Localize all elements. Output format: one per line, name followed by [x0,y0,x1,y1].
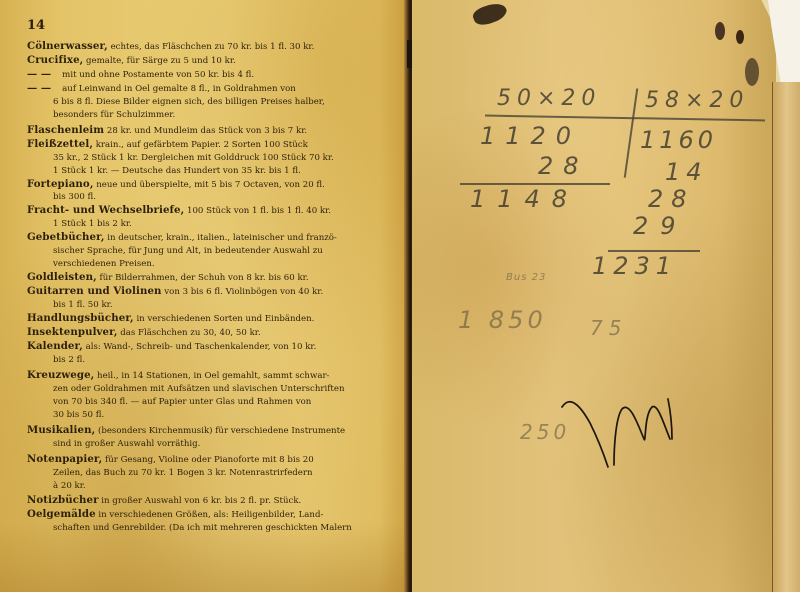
entry-keyword: Flaschenleim [27,124,104,136]
entry-keyword: Notizbücher [27,494,99,506]
entry-text: sind in großer Auswahl vorräthig. [53,439,200,449]
entry-keyword: Musikalien, [27,424,95,436]
handwritten-header-left: 50×20 [497,86,601,111]
entry-text: auf Leinwand in Oel gemalte 8 fl., in Go… [62,84,296,94]
entry-text: zen oder Goldrahmen mit Aufsätzen und sl… [53,384,345,394]
entry-text: mit und ohne Postamente von 50 kr. bis 4… [62,70,254,80]
entry-text: in großer Auswahl von 6 kr. bis 2 fl. pr… [101,496,301,506]
catalog-entry: Notizbücher in großer Auswahl von 6 kr. … [27,494,371,508]
catalog-entry: Musikalien, (besonders Kirchenmusik) für… [27,424,371,451]
handwritten-value: 29 [633,212,688,240]
entry-line: bis 2 fl. [27,354,371,367]
entry-line: sind in großer Auswahl vorräthig. [27,438,371,451]
entry-text: 100 Stück von 1 fl. bis 1 fl. 40 kr. [187,206,331,216]
entry-keyword: Notenpapier, [27,453,102,465]
entry-line: Handlungsbücher, in verschiedenen Sorten… [27,312,371,326]
entry-text: 1 Stück 1 bis 2 kr. [53,219,132,229]
catalog-entry: Fleißzettel, krain., auf gefärbtem Papie… [27,138,371,178]
entry-text: (besonders Kirchenmusik) für verschieden… [98,426,345,436]
handwritten-value: 75 [590,316,627,340]
handwritten-value: 1120 [480,122,581,150]
catalog-entry: Guitarren und Violinen von 3 bis 6 fl. V… [27,285,371,312]
entry-line: sischer Sprache, für Jung und Alt, in be… [27,245,371,258]
entry-text: bis 1 fl. 50 kr. [53,300,113,310]
entry-text: in deutscher, krain., italien., lateinis… [107,233,337,243]
handwritten-sum: 1148 [470,185,579,213]
entry-line: besonders für Schulzimmer. [27,109,371,122]
entry-line: bis 300 fl. [27,191,371,204]
entry-line: à 20 kr. [27,480,371,493]
entry-keyword: — — [27,68,51,80]
entry-text: bis 300 fl. [53,192,96,202]
book-scan: 14 Cölnerwasser, echtes, das Fläschchen … [0,0,800,592]
entry-text: verschiedenen Preisen. [53,259,155,269]
entry-keyword: Oelgemälde [27,508,96,520]
catalog-entry: — — auf Leinwand in Oel gemalte 8 fl., i… [27,82,371,122]
entry-keyword: Kreuzwege, [27,369,94,381]
handwritten-value: 1160 [640,126,717,154]
entry-line: Guitarren und Violinen von 3 bis 6 fl. V… [27,285,371,299]
entry-text: neue und überspielte, mit 5 bis 7 Octave… [96,180,325,190]
catalog-entry: Kalender, als: Wand-, Schreib- und Tasch… [27,340,371,367]
catalog-entry: Notenpapier, für Gesang, Violine oder Pi… [27,453,371,493]
entry-line: Flaschenleim 28 kr. und Mundleim das Stü… [27,124,371,138]
entry-keyword: Cölnerwasser, [27,40,108,52]
entry-keyword: Insektenpulver, [27,326,118,338]
entry-text: 30 bis 50 fl. [53,410,104,420]
entry-text: 1 Stück 1 kr. — Deutsche das Hundert von… [53,166,301,176]
entry-text: bis 2 fl. [53,355,85,365]
entry-line: Notizbücher in großer Auswahl von 6 kr. … [27,494,371,508]
entry-text: 6 bis 8 fl. Diese Bilder eignen sich, de… [53,97,325,107]
entry-line: Goldleisten, für Bilderrahmen, der Schuh… [27,271,371,285]
entry-line: Fleißzettel, krain., auf gefärbtem Papie… [27,138,371,152]
catalog-entry: Goldleisten, für Bilderrahmen, der Schuh… [27,271,371,285]
catalog-entry: — — mit und ohne Postamente von 50 kr. b… [27,68,371,82]
entry-line: schaften und Genrebilder. (Da ich mit me… [27,522,371,535]
entry-text: für Gesang, Violine oder Pianoforte mit … [105,455,314,465]
entry-line: verschiedenen Preisen. [27,258,371,271]
entry-line: 35 kr., 2 Stück 1 kr. Dergleichen mit Go… [27,152,371,165]
entry-line: Gebetbücher, in deutscher, krain., itali… [27,231,371,245]
entry-text: besonders für Schulzimmer. [53,110,175,120]
entry-line: Kalender, als: Wand-, Schreib- und Tasch… [27,340,371,354]
entry-keyword: Goldleisten, [27,271,97,283]
catalog-entry: Oelgemälde in verschiedenen Größen, als:… [27,508,371,535]
entry-line: 30 bis 50 fl. [27,409,371,422]
entry-line: Crucifixe, gemalte, für Särge zu 5 und 1… [27,54,371,68]
ink-stain [745,58,759,86]
entry-line: — — mit und ohne Postamente von 50 kr. b… [27,68,371,82]
entry-line: 6 bis 8 fl. Diese Bilder eignen sich, de… [27,96,371,109]
entry-text: Zeilen, das Buch zu 70 kr. 1 Bogen 3 kr.… [53,468,313,478]
entry-line: 1 Stück 1 kr. — Deutsche das Hundert von… [27,165,371,178]
entry-line: 1 Stück 1 bis 2 kr. [27,218,371,231]
entry-text: krain., auf gefärbtem Papier. 2 Sorten 1… [96,140,308,150]
entry-text: für Bilderrahmen, der Schuh von 8 kr. bi… [100,273,309,283]
faint-pencil-note: Bus 23 [506,272,546,283]
ink-stain [715,22,725,40]
entry-line: von 70 bis 340 fl. — auf Papier unter Gl… [27,396,371,409]
entry-text: 28 kr. und Mundleim das Stück von 3 bis … [107,126,307,136]
entry-line: Oelgemälde in verschiedenen Größen, als:… [27,508,371,522]
entry-line: Fracht- und Wechselbriefe, 100 Stück von… [27,204,371,218]
entry-text: sischer Sprache, für Jung und Alt, in be… [53,246,323,256]
entry-text: 35 kr., 2 Stück 1 kr. Dergleichen mit Go… [53,153,334,163]
handwritten-value: 14 [665,158,708,186]
entry-keyword: Fracht- und Wechselbriefe, [27,204,184,216]
entry-keyword: Fleißzettel, [27,138,93,150]
catalog-entry: Crucifixe, gemalte, für Särge zu 5 und 1… [27,54,371,68]
entry-text: echtes, das Fläschchen zu 70 kr. bis 1 f… [111,42,315,52]
entry-text: à 20 kr. [53,481,86,491]
page-number: 14 [27,18,45,33]
entry-text: gemalte, für Särge zu 5 und 10 kr. [86,56,236,66]
handwritten-total: 1231 [592,252,677,280]
handwritten-header-right: 58×20 [645,88,749,113]
handwritten-value: 1 850 [458,306,547,334]
catalog-entry: Cölnerwasser, echtes, das Fläschchen zu … [27,40,371,54]
entry-keyword: Kalender, [27,340,83,352]
entry-text: von 70 bis 340 fl. — auf Papier unter Gl… [53,397,311,407]
entry-text: in verschiedenen Größen, als: Heiligenbi… [98,510,323,520]
entry-keyword: Guitarren und Violinen [27,285,162,297]
entry-line: Musikalien, (besonders Kirchenmusik) für… [27,424,371,438]
entry-text: in verschiedenen Sorten und Einbänden. [136,314,314,324]
entry-keyword: Gebetbücher, [27,231,105,243]
handwritten-value: 28 [648,185,695,213]
entry-line: bis 1 fl. 50 kr. [27,299,371,312]
price-catalog: Cölnerwasser, echtes, das Fläschchen zu … [27,40,371,535]
entry-line: Kreuzwege, heil., in 14 Stationen, in Oe… [27,369,371,383]
left-page: 14 Cölnerwasser, echtes, das Fläschchen … [0,0,412,592]
entry-line: Fortepiano, neue und überspielte, mit 5 … [27,178,371,192]
handwritten-value: 28 [538,152,589,180]
entry-text: als: Wand-, Schreib- und Taschenkalender… [86,342,317,352]
entry-text: heil., in 14 Stationen, in Oel gemahlt, … [97,371,329,381]
catalog-entry: Insektenpulver, das Fläschchen zu 30, 40… [27,326,371,340]
entry-text: von 3 bis 6 fl. Violinbögen von 40 kr. [164,287,323,297]
catalog-entry: Fortepiano, neue und überspielte, mit 5 … [27,178,371,205]
catalog-entry: Handlungsbücher, in verschiedenen Sorten… [27,312,371,326]
entry-keyword: — — [27,82,51,94]
ink-stain [736,30,744,44]
entry-line: — — auf Leinwand in Oel gemalte 8 fl., i… [27,82,371,96]
entry-keyword: Fortepiano, [27,178,93,190]
entry-line: zen oder Goldrahmen mit Aufsätzen und sl… [27,383,371,396]
folded-page-flap [772,82,800,592]
ink-scribble [560,395,680,470]
entry-line: Notenpapier, für Gesang, Violine oder Pi… [27,453,371,467]
entry-text: schaften und Genrebilder. (Da ich mit me… [53,523,352,533]
entry-text: das Fläschchen zu 30, 40, 50 kr. [120,328,260,338]
entry-line: Cölnerwasser, echtes, das Fläschchen zu … [27,40,371,54]
entry-line: Insektenpulver, das Fläschchen zu 30, 40… [27,326,371,340]
entry-line: Zeilen, das Buch zu 70 kr. 1 Bogen 3 kr.… [27,467,371,480]
entry-keyword: Handlungsbücher, [27,312,134,324]
entry-keyword: Crucifixe, [27,54,83,66]
catalog-entry: Flaschenleim 28 kr. und Mundleim das Stü… [27,124,371,138]
catalog-entry: Fracht- und Wechselbriefe, 100 Stück von… [27,204,371,231]
catalog-entry: Kreuzwege, heil., in 14 Stationen, in Oe… [27,369,371,422]
catalog-entry: Gebetbücher, in deutscher, krain., itali… [27,231,371,271]
